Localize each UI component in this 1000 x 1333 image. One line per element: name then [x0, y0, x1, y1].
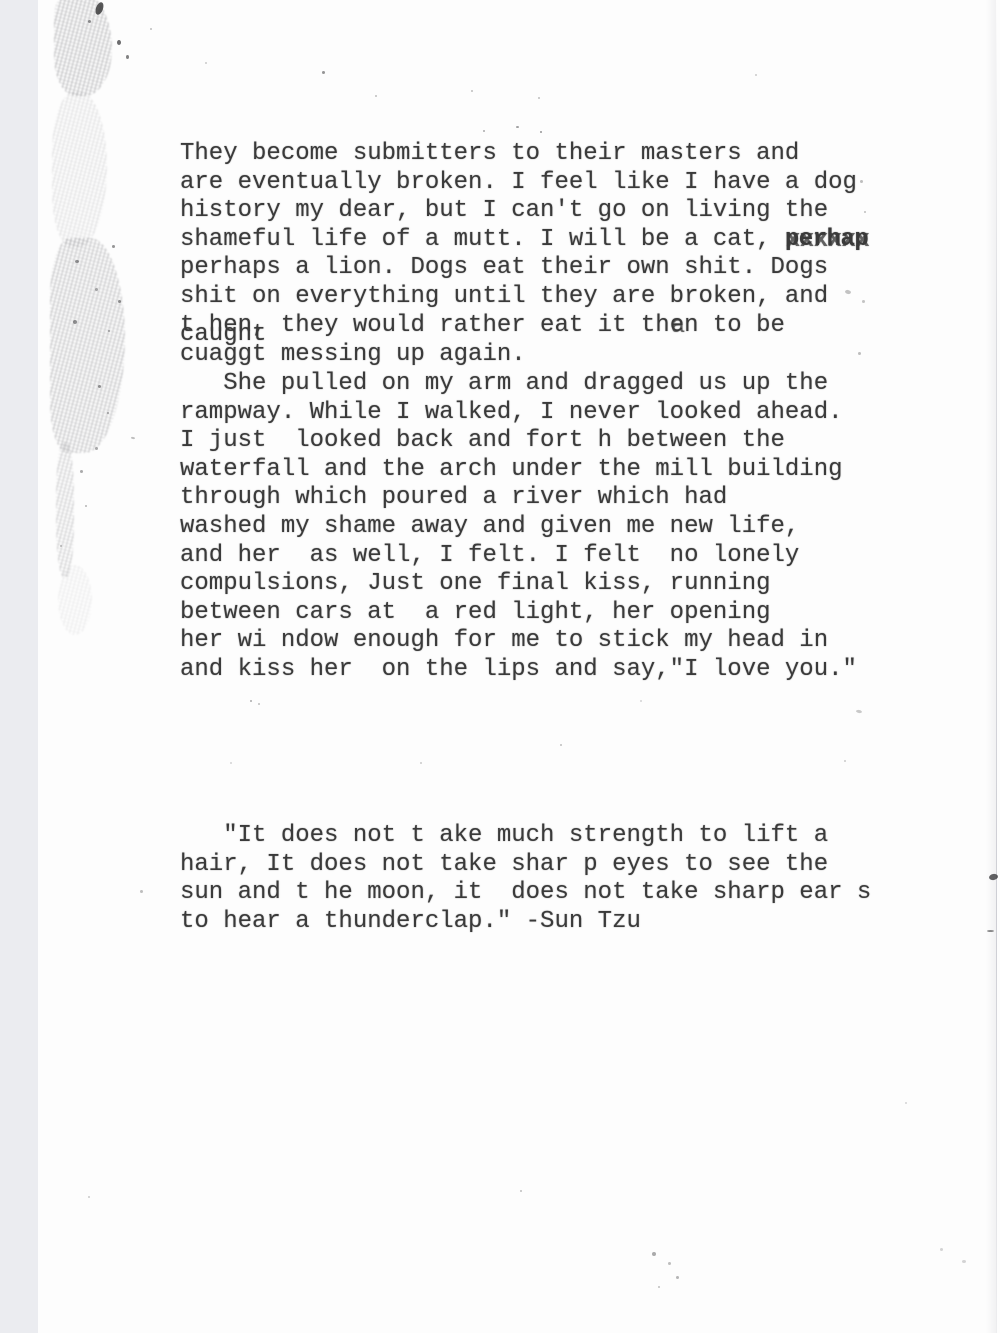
- scan-speck: [640, 700, 642, 702]
- typed-line: rampway. While I walked, I never looked …: [180, 399, 857, 428]
- scan-speck: [60, 545, 62, 547]
- scan-speck: [471, 90, 473, 92]
- overstruck-overlay: a: [671, 313, 685, 342]
- scan-speck: [862, 300, 865, 303]
- scan-speck: [668, 1262, 671, 1265]
- typed-line: washed my shame away and given me new li…: [180, 513, 857, 542]
- scan-speck: [88, 20, 91, 23]
- ink-smudge: [58, 565, 92, 635]
- scan-speck: [322, 71, 325, 74]
- page-edge-shade: [986, 0, 996, 1333]
- typed-line: They become submitters to their masters …: [180, 140, 868, 169]
- typed-text: n to be: [684, 312, 785, 339]
- typed-line: through which poured a river which had: [180, 484, 857, 513]
- scanner-background: [0, 0, 38, 1333]
- scan-speck: [118, 300, 121, 303]
- typed-line: She pulled on my arm and dragged us up t…: [180, 370, 857, 399]
- scan-viewport: They become submitters to their masters …: [0, 0, 1000, 1333]
- scan-speck: [940, 1248, 943, 1251]
- scan-speck: [540, 131, 542, 133]
- typed-line: waterfall and the arch under the mill bu…: [180, 456, 857, 485]
- scan-speck: [140, 890, 143, 893]
- typed-line: cuaggt messing up again.: [180, 341, 868, 370]
- scan-speck: [844, 760, 846, 762]
- scan-speck: [131, 437, 135, 440]
- scan-speck: [755, 74, 757, 76]
- scan-speck: [108, 330, 110, 332]
- quote-line: sun and t he moon, it does not take shar…: [180, 879, 871, 908]
- scan-speck: [250, 700, 252, 702]
- scan-speck: [483, 130, 485, 132]
- quote-line: hair, It does not take shar p eyes to se…: [180, 851, 871, 880]
- scan-speck: [658, 1286, 660, 1288]
- ink-smudge: [52, 92, 107, 247]
- struck-word-overlay: xxxxxx: [786, 227, 869, 256]
- quote-line-attribution: to hear a thunderclap." -Sun Tzu: [180, 908, 871, 937]
- scan-speck: [962, 1260, 966, 1263]
- scan-speck: [80, 470, 83, 473]
- scan-speck: [85, 505, 87, 507]
- scan-speck: [150, 28, 152, 30]
- scan-speck: [420, 762, 422, 764]
- scan-speck: [107, 412, 109, 414]
- scan-speck: [75, 260, 79, 263]
- typed-line: between cars at a red light, her opening: [180, 599, 857, 628]
- typed-line: compulsions, Just one final kiss, runnin…: [180, 570, 857, 599]
- scan-speck: [652, 1252, 656, 1256]
- typed-line: I just looked back and fort h between th…: [180, 427, 857, 456]
- typed-line-with-strikeout: shameful life of a mutt. I will be a cat…: [180, 226, 868, 255]
- typed-line: shit on everything until they are broken…: [180, 283, 868, 312]
- scanned-page: They become submitters to their masters …: [38, 0, 1000, 1333]
- scan-speck: [258, 703, 260, 705]
- scan-speck: [987, 930, 994, 932]
- ink-smudge: [54, 0, 112, 96]
- typed-line: perhaps a lion. Dogs eat their own shit.…: [180, 254, 868, 283]
- scan-speck: [112, 245, 115, 248]
- scan-speck: [117, 40, 121, 45]
- scan-speck: [73, 320, 77, 324]
- scan-speck: [856, 710, 862, 714]
- typed-line: and her as well, I felt. I felt no lonel…: [180, 542, 857, 571]
- scan-speck: [676, 1276, 679, 1279]
- struck-out-word: perhapxxxxxx: [785, 226, 868, 255]
- scan-speck: [860, 180, 863, 183]
- typed-text: shameful life of a mutt. I will be a cat…: [180, 226, 785, 253]
- scan-speck: [520, 1190, 522, 1192]
- ink-streak: [56, 442, 74, 577]
- typed-line: history my dear, but I can't go on livin…: [180, 197, 868, 226]
- scan-speck: [126, 55, 129, 59]
- scan-speck: [905, 1102, 907, 1104]
- typed-line: are eventually broken. I feel like I hav…: [180, 169, 868, 198]
- scan-speck: [375, 95, 377, 97]
- scan-speck: [516, 126, 519, 128]
- typed-paragraph-1: They become submitters to their masters …: [180, 140, 868, 370]
- scan-speck: [210, 356, 212, 358]
- scan-speck: [864, 211, 866, 213]
- sun-tzu-quote: "It does not t ake much strength to lift…: [180, 822, 871, 936]
- scan-speck: [205, 62, 207, 64]
- typed-line: her wi ndow enough for me to stick my he…: [180, 627, 857, 656]
- scan-speck: [88, 1196, 90, 1198]
- typed-paragraph-2: She pulled on my arm and dragged us up t…: [180, 370, 857, 685]
- scan-speck: [230, 762, 232, 764]
- quote-line: "It does not t ake much strength to lift…: [180, 822, 871, 851]
- overstruck-letter: ea: [670, 312, 684, 341]
- scan-speck: [98, 385, 101, 388]
- scan-speck: [538, 97, 540, 99]
- fingerprint-smudge: [50, 238, 125, 453]
- scan-speck: [95, 447, 98, 450]
- scan-speck: [95, 288, 98, 291]
- typed-line: and kiss her on the lips and say,"I love…: [180, 656, 857, 685]
- scan-speck: [858, 352, 861, 355]
- scan-speck: [560, 744, 562, 746]
- page-right-edge: [996, 0, 997, 1333]
- typed-line-with-overstrike: t hen, they would rather eat it thean to…: [180, 312, 868, 341]
